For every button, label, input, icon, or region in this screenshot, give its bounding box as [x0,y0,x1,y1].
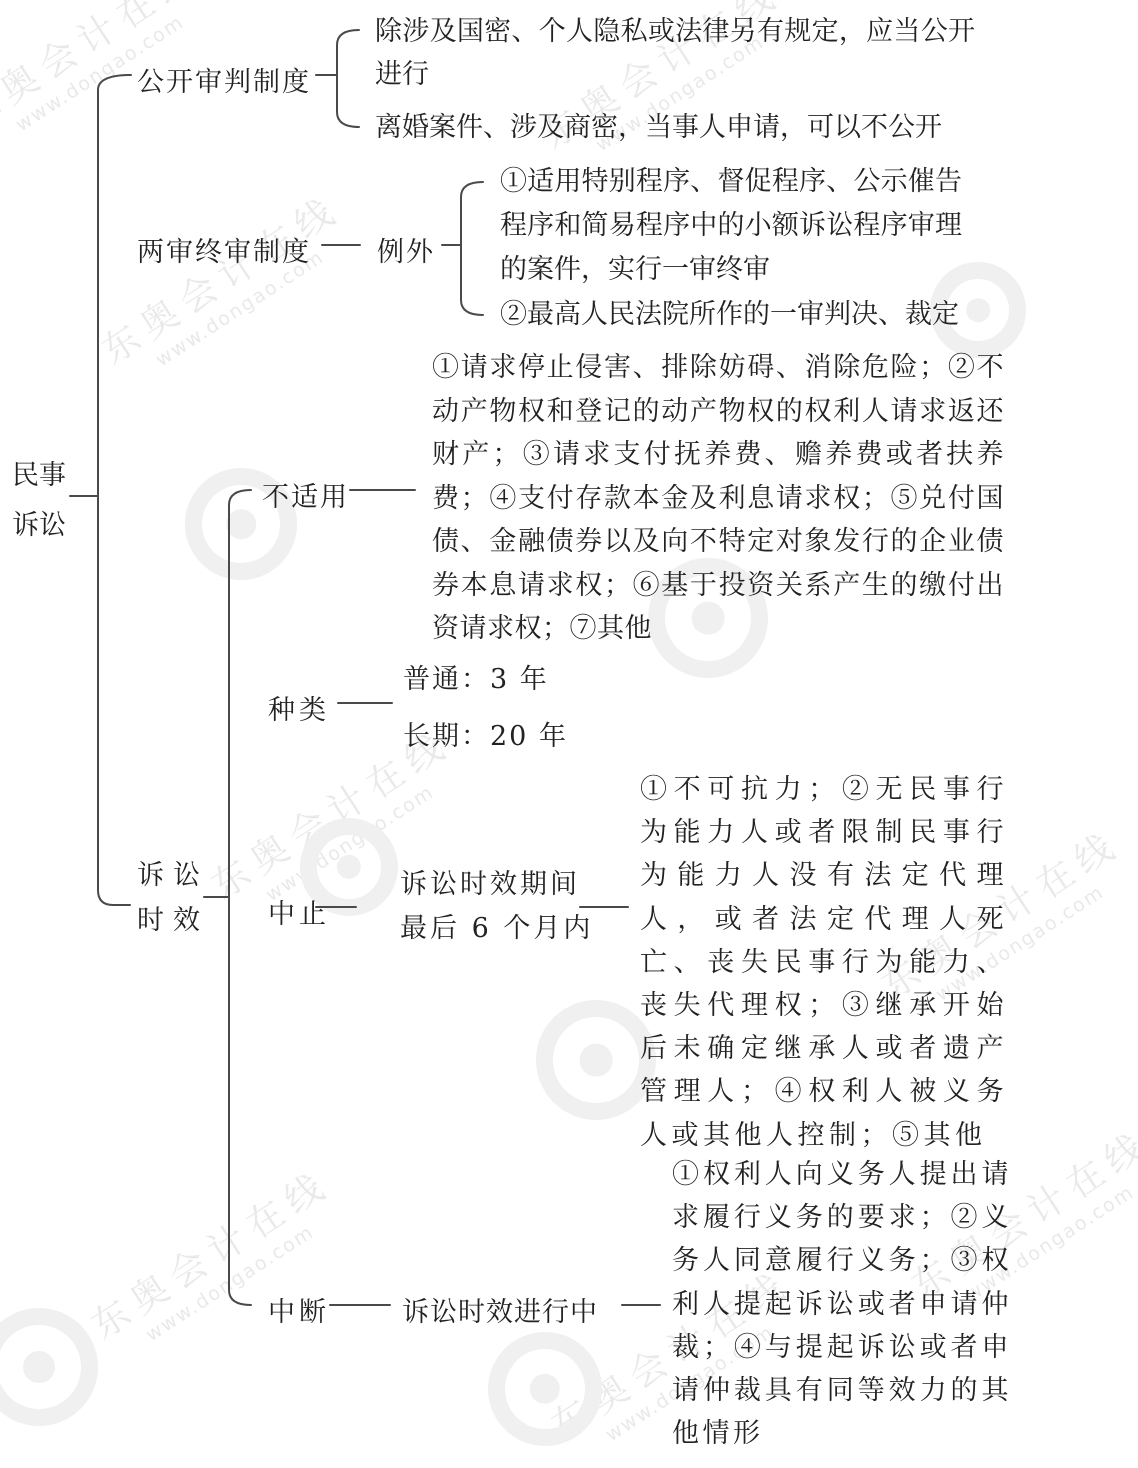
two-instance-item-1: ①适用特别程序、督促程序、公示催告程序和简易程序中的小额诉讼程序审理的案件，实行… [500,160,962,292]
limitation-suspension-label: 中止 [268,893,330,936]
exception-bracket [461,182,483,315]
branch-public-trial-label: 公开审判制度 [137,61,311,104]
limitation-not-applicable-text: ①请求停止侵害、排除妨碍、消除危险；②不动产物权和登记的动产物权的权利人请求返还… [432,346,1004,651]
limitation-types-long-term: 长期：20 年 [403,715,568,758]
main-bracket [98,75,131,905]
public-trial-bracket [337,30,359,127]
limitation-interruption-text: ①权利人向义务人提出请求履行义务的要求；②义务人同意履行义务；③权利人提起诉讼或… [672,1153,1012,1455]
mindmap-page: 东奥会计在线 www.dongao.com 东奥会计在线 www.dongao.… [0,0,1138,1468]
limitation-suspension-text: ①不可抗力；②无民事行为能力人或者限制民事行为能力人没有法定代理人，或者法定代理… [640,768,1008,1157]
public-trial-exception-text: 离婚案件、涉及商密，当事人申请，可以不公开 [375,106,942,149]
branch-limitation-label: 诉讼 时效 [137,853,209,943]
two-instance-item-2: ②最高人民法院所作的一审判决、裁定 [500,293,959,336]
limitation-types-label: 种类 [268,689,330,732]
limitation-types-ordinary: 普通：3 年 [403,658,549,701]
branch-two-instance-label: 两审终审制度 [137,231,311,274]
two-instance-exception-label: 例外 [377,231,435,274]
root-node: 民事 诉讼 [12,451,66,551]
limitation-suspension-condition: 诉讼时效期间 最后 6 个月内 [400,863,593,951]
limitation-interruption-label: 中断 [268,1291,330,1334]
limitation-bracket [229,490,251,1305]
limitation-not-applicable-label: 不适用 [262,476,349,519]
limitation-interruption-condition: 诉讼时效进行中 [402,1291,598,1334]
public-trial-rule-text: 除涉及国密、个人隐私或法律另有规定，应当公开进行 [375,10,975,96]
